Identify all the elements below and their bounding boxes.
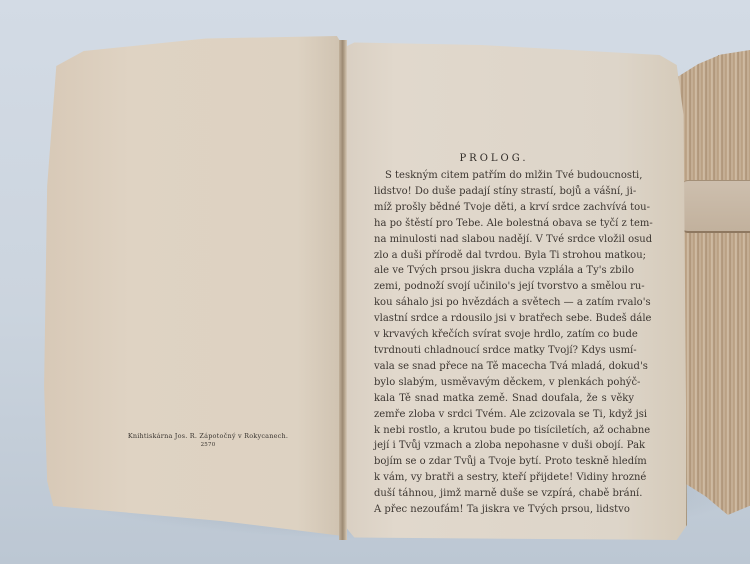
text-line: ha po štěstí pro Tebe. Ale bolestná obav…	[374, 216, 634, 232]
text-line: duší táhnou, jimž marně duše se vzpírá, …	[374, 486, 634, 502]
text-line: zemi, podnoží svojí učinilo's její tvors…	[374, 279, 634, 295]
text-line: na minulosti nad slabou nadějí. V Tvé sr…	[374, 232, 634, 248]
colophon-number: 2570	[108, 442, 308, 448]
text-line: zlo a duši přírodě dal tvrdou. Byla Ti s…	[374, 248, 634, 264]
text-line: míž prošly bědné Tvoje děti, a krví srdc…	[374, 200, 634, 216]
text-line: vlastní srdce a rdousilo jsi v bratřech …	[374, 311, 634, 327]
prolog-text: S teskným citem patřím do mlžin Tvé budo…	[374, 168, 634, 518]
text-line: bojím se o zdar Tvůj a Tvoje bytí. Proto…	[374, 454, 634, 470]
text-line: A přec nezoufám! Ta jiskra ve Tvých prso…	[374, 502, 634, 518]
text-line: k nebi rostlo, a krutou bude po tisícile…	[374, 423, 634, 439]
text-line: v krvavých křečích svírat svoje hrdlo, z…	[374, 327, 634, 343]
page-block-edges	[676, 50, 750, 515]
text-line: lidstvo! Do duše padají stíny strastí, b…	[374, 184, 634, 200]
text-line: bylo slabým, usměvavým děckem, v plenkác…	[374, 375, 634, 391]
text-line: kou sáhalo jsi po hvězdách a světech — a…	[374, 295, 634, 311]
text-line: k vám, vy bratři a sestry, kteří přijdet…	[374, 470, 634, 486]
text-line: tvrdnouti chladnoucí srdce matky Tvojí? …	[374, 343, 634, 359]
paper-band	[682, 180, 750, 233]
text-line: ale ve Tvých prsou jiskra ducha vzplála …	[374, 263, 634, 279]
book-gutter	[339, 40, 347, 540]
left-page	[38, 36, 343, 536]
text-line: kala Tě snad matka země. Snad doufala, ž…	[374, 391, 634, 407]
colophon-text: Knihtiskárna Jos. R. Zápotočný v Rokycan…	[128, 432, 288, 440]
photo-scene: Se Knihtiskárna Jos. R. Zápotočný v Roky…	[0, 0, 750, 564]
text-line: její i Tvůj vzmach a zloba nepohasne v d…	[374, 438, 634, 454]
printer-colophon: Knihtiskárna Jos. R. Zápotočný v Rokycan…	[108, 432, 308, 448]
text-line: vala se snad přece na Tě macecha Tvá mla…	[374, 359, 634, 375]
page-title: PROLOG.	[344, 153, 644, 164]
text-line: S teskným citem patřím do mlžin Tvé budo…	[374, 168, 634, 184]
text-line: zemře zloba v srdci Tvém. Ale zcizovala …	[374, 407, 634, 423]
